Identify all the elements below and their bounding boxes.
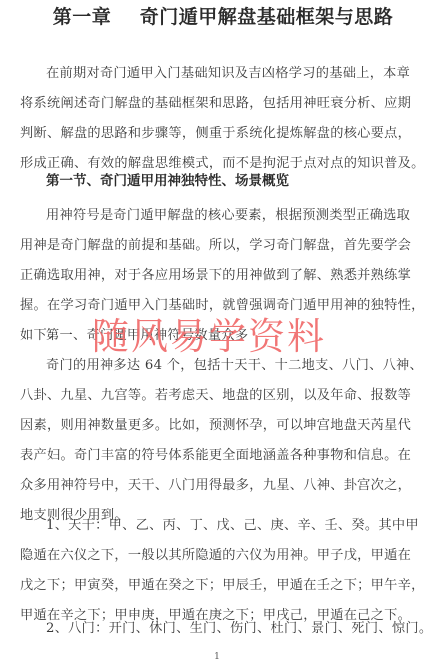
item2-paragraph: 2、八门：开门、休门、生门、伤门、杜门、景门、死门、惊门。 <box>20 614 412 644</box>
text-line: 正确选取用神，对于各应用场景下的用神做到了解、熟悉并熟练掌 <box>20 261 412 291</box>
text-line: 八卦、九星、九宫等。若考虑天、地盘的区别，以及年命、报数等 <box>20 381 412 411</box>
watermark: 随风易学资料 <box>92 306 326 360</box>
item1-paragraph: 1、天干：甲、乙、丙、丁、戊、己、庚、辛、壬、癸。其中甲 隐遁在六仪之下，一般以… <box>20 511 412 631</box>
section-heading: 第一节、奇门遁甲用神独特性、场景概览 <box>46 169 289 189</box>
text-line: 2、八门：开门、休门、生门、伤门、杜门、景门、死门、惊门。 <box>20 614 412 644</box>
chapter-title: 第一章 奇门遁甲解盘基础框架与思路 <box>0 2 446 29</box>
page-number: 1 <box>0 652 434 662</box>
text-line: 戊之下；甲寅癸，甲遁在癸之下；甲辰壬，甲遁在壬之下；甲午辛， <box>20 571 412 601</box>
text-line: 1、天干：甲、乙、丙、丁、戊、己、庚、辛、壬、癸。其中甲 <box>20 511 412 541</box>
text-line: 用神是奇门解盘的前提和基础。所以，学习奇门解盘，首先要学会 <box>20 231 412 261</box>
text-line: 表产妇。奇门丰富的符号体系能更全面地涵盖各种事物和信息。在 <box>20 441 412 471</box>
text-line: 隐遁在六仪之下，一般以其所隐遁的六仪为用神。甲子戊，甲遁在 <box>20 541 412 571</box>
count-paragraph: 奇门的用神多达 64 个，包括十天干、十二地支、八门、八神、 八卦、九星、九宫等… <box>20 351 412 531</box>
intro-paragraph: 在前期对奇门遁甲入门基础知识及吉凶格学习的基础上，本章 将系统阐述奇门解盘的基础… <box>20 59 412 179</box>
text-line: 因素，则用神数量更多。比如，预测怀孕，可以坤宫地盘天芮星代 <box>20 411 412 441</box>
text-line: 将系统阐述奇门解盘的基础框架和思路，包括用神旺衰分析、应期 <box>20 89 412 119</box>
text-line: 用神符号是奇门遁甲解盘的核心要素，根据预测类型正确选取 <box>20 201 412 231</box>
text-line: 在前期对奇门遁甲入门基础知识及吉凶格学习的基础上，本章 <box>20 59 412 89</box>
text-line: 众多用神符号中，天干、八门用得最多，九星、八神、卦宫次之， <box>20 471 412 501</box>
document-page: 第一章 奇门遁甲解盘基础框架与思路 在前期对奇门遁甲入门基础知识及吉凶格学习的基… <box>0 0 446 672</box>
text-line: 判断、解盘的思路和步骤等，侧重于系统化提炼解盘的核心要点， <box>20 119 412 149</box>
